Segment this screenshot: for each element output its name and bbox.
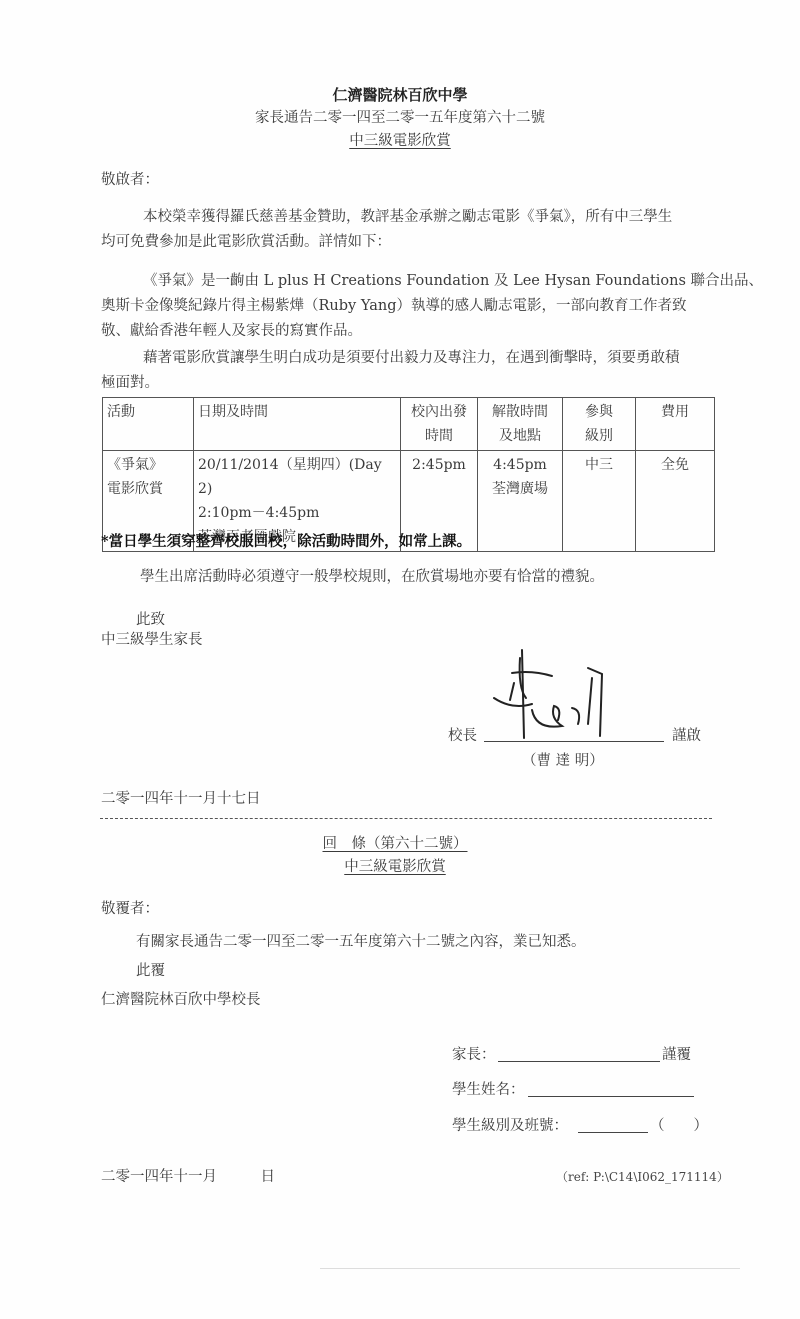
notice-subject: 中三級電影欣賞 — [0, 131, 800, 151]
signer-title: 校長 — [448, 726, 477, 746]
notice-subject-text: 中三級電影欣賞 — [349, 133, 451, 149]
paragraph-1-line-1: 本校榮幸獲得羅氏慈善基金贊助，教評基金承辦之勵志電影《爭氣》，所有中三學生 — [143, 207, 672, 227]
parent-label: 家長： — [452, 1045, 496, 1065]
paragraph-2-line-2: 奧斯卡金像獎紀錄片得主楊紫燁（Ruby Yang）執導的感人勵志電影，一部向教育… — [101, 296, 687, 316]
notice-date: 二零一四年十一月十七日 — [101, 789, 261, 809]
closing-recipient: 中三級學生家長 — [101, 630, 203, 650]
paragraph-3-line-2: 極面對。 — [101, 373, 159, 393]
reply-slip-subject: 中三級電影欣賞 — [0, 857, 795, 877]
reference-code: （ref: P:\C14\I062_171114） — [556, 1169, 729, 1185]
parent-signature-field[interactable] — [498, 1061, 660, 1062]
header-fee: 費用 — [636, 398, 715, 451]
closing-to: 此致 — [136, 610, 165, 630]
table-header-row: 活動 日期及時間 校內出發時間 解散時間及地點 參與級別 費用 — [103, 398, 715, 451]
class-number-paren: （ ） — [650, 1116, 708, 1136]
header-activity: 活動 — [103, 398, 194, 451]
cell-dismissal: 4:45pm荃灣廣場 — [478, 451, 563, 552]
student-name-label: 學生姓名： — [452, 1080, 525, 1100]
reply-salutation: 敬覆者： — [101, 899, 159, 919]
class-field[interactable] — [578, 1132, 648, 1133]
schedule-table: 活動 日期及時間 校內出發時間 解散時間及地點 參與級別 費用 《爭氣》電影欣賞… — [102, 397, 715, 552]
principal-signature-icon — [492, 648, 622, 743]
sign-off: 謹啟 — [672, 726, 701, 746]
reply-body: 有關家長通告二零一四至二零一五年度第六十二號之內容，業已知悉。 — [136, 932, 586, 952]
notice-number: 家長通告二零一四至二零一五年度第六十二號 — [0, 108, 800, 128]
school-name: 仁濟醫院林百欣中學 — [0, 84, 800, 105]
parent-signoff: 謹覆 — [662, 1045, 691, 1065]
header-date-time: 日期及時間 — [194, 398, 401, 451]
signature-line — [484, 741, 664, 742]
principal-name: （曹 達 明） — [522, 751, 604, 771]
cell-fee: 全免 — [636, 451, 715, 552]
paragraph-3-line-1: 藉著電影欣賞讓學生明白成功是須要付出毅力及專注力，在遇到衝擊時，須要勇敢積 — [143, 348, 680, 368]
reply-date: 二零一四年十一月 日 — [101, 1167, 275, 1187]
salutation: 敬啟者： — [101, 170, 159, 190]
reply-slip-title: 回 條（第六十二號） — [0, 834, 795, 854]
header-departure: 校內出發時間 — [401, 398, 478, 451]
paragraph-2-line-1: 《爭氣》是一齣由 L plus H Creations Foundation 及… — [143, 271, 763, 291]
class-label: 學生級別及班號： — [452, 1116, 568, 1136]
paragraph-1-line-2: 均可免費參加是此電影欣賞活動。詳情如下： — [101, 232, 391, 252]
conduct-note: 學生出席活動時必須遵守一般學校規則，在欣賞場地亦要有恰當的禮貌。 — [140, 567, 604, 587]
student-name-field[interactable] — [528, 1096, 694, 1097]
scan-edge-shadow — [320, 1268, 740, 1269]
uniform-note: *當日學生須穿整齊校服回校，除活動時間外，如常上課。 — [101, 530, 471, 551]
paragraph-2-line-3: 敬、獻給香港年輕人及家長的寫實作品。 — [101, 321, 362, 341]
cut-line-divider — [100, 818, 712, 819]
header-level: 參與級別 — [563, 398, 636, 451]
reply-recipient: 仁濟醫院林百欣中學校長 — [101, 990, 261, 1010]
header-dismissal: 解散時間及地點 — [478, 398, 563, 451]
cell-level: 中三 — [563, 451, 636, 552]
notice-page: 仁濟醫院林百欣中學 家長通告二零一四至二零一五年度第六十二號 中三級電影欣賞 敬… — [0, 0, 800, 1319]
reply-closing: 此覆 — [136, 961, 165, 981]
